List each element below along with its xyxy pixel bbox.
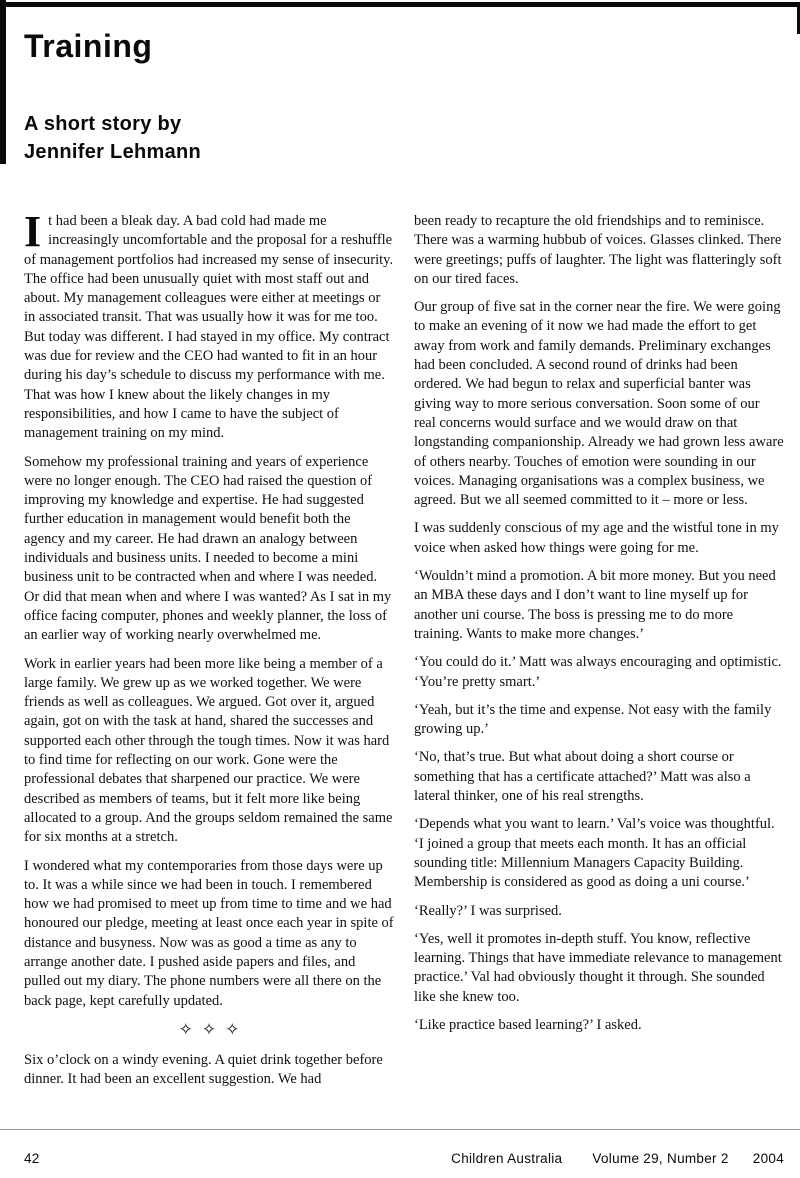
- story-body: It had been a bleak day. A bad cold had …: [24, 212, 785, 1098]
- right-column: been ready to recapture the old friendsh…: [414, 212, 784, 1098]
- paragraph: I was suddenly conscious of my age and t…: [414, 519, 784, 558]
- left-column: It had been a bleak day. A bad cold had …: [24, 212, 394, 1098]
- paragraph: Work in earlier years had been more like…: [24, 655, 394, 848]
- volume-number: Volume 29, Number 2: [592, 1151, 728, 1166]
- author-name: Jennifer Lehmann: [24, 138, 201, 166]
- paragraph: ‘Depends what you want to learn.’ Val’s …: [414, 815, 784, 892]
- paragraph: Our group of five sat in the corner near…: [414, 298, 784, 510]
- paragraph: It had been a bleak day. A bad cold had …: [24, 212, 394, 444]
- paragraph: ‘Yes, well it promotes in-depth stuff. Y…: [414, 930, 784, 1007]
- top-rule: [0, 2, 800, 7]
- byline: A short story by Jennifer Lehmann: [24, 110, 201, 166]
- page-footer: 42 Children Australia Volume 29, Number …: [24, 1151, 784, 1166]
- drop-cap: I: [24, 212, 48, 248]
- article-title: Training: [24, 30, 201, 62]
- journal-page: Training A short story by Jennifer Lehma…: [0, 0, 800, 1178]
- paragraph: been ready to recapture the old friendsh…: [414, 212, 784, 289]
- paragraph: ‘Wouldn’t mind a promotion. A bit more m…: [414, 567, 784, 644]
- journal-citation: Children Australia Volume 29, Number 2 2…: [451, 1151, 784, 1166]
- section-divider: ✧✧✧: [24, 1020, 394, 1040]
- paragraph: ‘No, that’s true. But what about doing a…: [414, 748, 784, 806]
- paragraph: Somehow my professional training and yea…: [24, 453, 394, 646]
- article-header: Training A short story by Jennifer Lehma…: [24, 30, 201, 166]
- paragraph-text: t had been a bleak day. A bad cold had m…: [24, 213, 393, 441]
- paragraph: ‘You could do it.’ Matt was always encou…: [414, 653, 784, 692]
- paragraph: ‘Yeah, but it’s the time and expense. No…: [414, 701, 784, 740]
- left-rule: [0, 0, 6, 164]
- paragraph: ‘Really?’ I was surprised.: [414, 902, 784, 921]
- paragraph: Six o’clock on a windy evening. A quiet …: [24, 1051, 394, 1090]
- publication-year: 2004: [753, 1151, 784, 1166]
- page-number: 42: [24, 1151, 40, 1166]
- paragraph: I wondered what my contemporaries from t…: [24, 857, 394, 1011]
- byline-prefix: A short story by: [24, 110, 201, 138]
- footer-rule: [0, 1129, 800, 1130]
- journal-name: Children Australia: [451, 1151, 562, 1166]
- paragraph: ‘Like practice based learning?’ I asked.: [414, 1016, 784, 1035]
